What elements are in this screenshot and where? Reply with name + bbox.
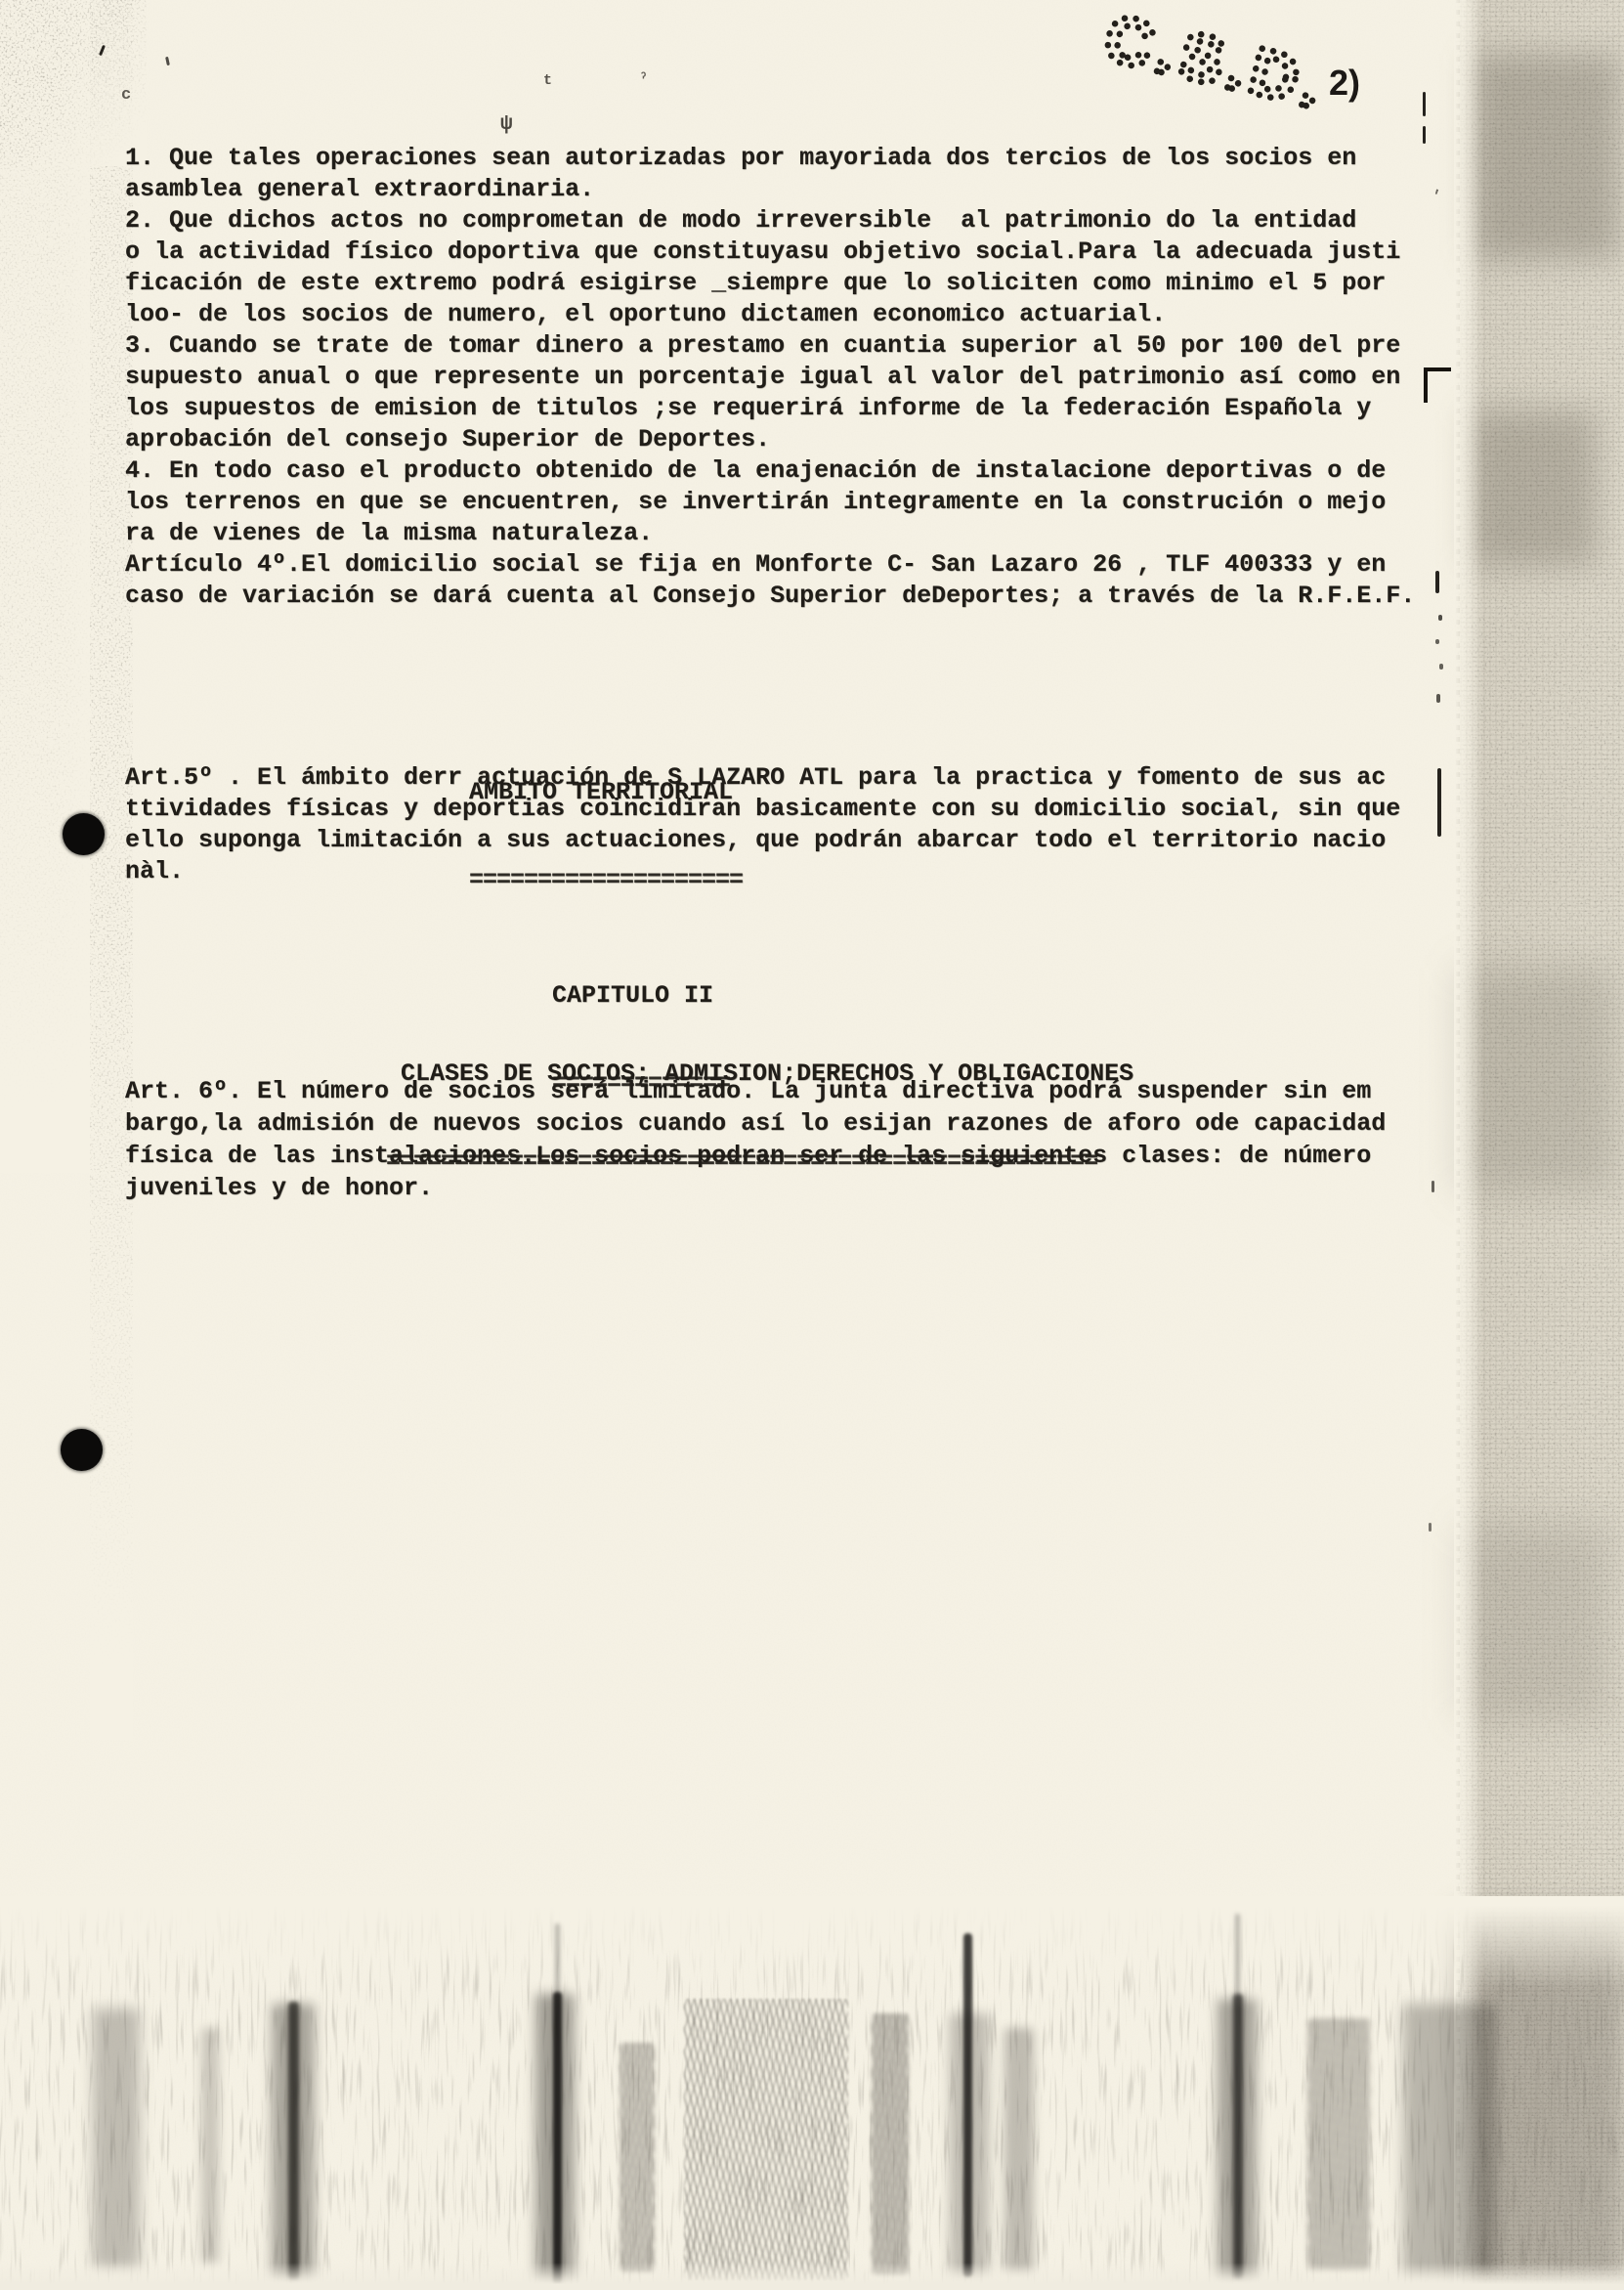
hole-punch-top <box>63 813 105 855</box>
margin-tick <box>1435 571 1439 593</box>
margin-tick <box>1436 694 1440 703</box>
scan-smudge <box>1460 968 1616 1192</box>
streak-bar <box>201 2028 219 2263</box>
streak-bar <box>1307 2018 1370 2270</box>
scan-streaks-bottom <box>0 1896 1624 2290</box>
page-number: 2) <box>1329 63 1360 104</box>
stray-mark: t <box>543 72 552 89</box>
scan-smudge <box>1462 1525 1608 1720</box>
paragraph-1: 1. Que tales operaciones sean autorizada… <box>125 143 1356 205</box>
streak-bar <box>1004 2028 1034 2272</box>
paragraph-4: 4. En todo caso el producto obtenido de … <box>125 455 1386 549</box>
csd-stamp: C.S.D. <box>1087 6 1341 143</box>
margin-bracket-mark <box>1424 367 1451 403</box>
margin-tick <box>1437 768 1441 837</box>
hole-punch-bottom <box>61 1429 103 1471</box>
paragraph-articulo-5: Art.5º . El ámbito derr actuación de S L… <box>125 762 1400 887</box>
scan-noise-left-wide <box>0 0 98 1173</box>
csd-stamp-text: C.S.D. <box>1097 0 1333 123</box>
stray-mark: c <box>121 86 131 105</box>
stray-mark: ˀ <box>639 70 648 87</box>
paragraph-articulo-6: Art. 6º. El número de socios será limita… <box>125 1075 1386 1204</box>
streak-band-wide <box>684 1999 848 2280</box>
paragraph-articulo-4: Artículo 4º.El domicilio social se fija … <box>125 549 1415 612</box>
scan-smudge <box>1470 410 1597 567</box>
streak-bar <box>93 2009 140 2268</box>
streak-bar-core <box>1233 1994 1243 2279</box>
scan-smudge <box>1474 54 1620 259</box>
streak-bar-core <box>963 1933 972 2277</box>
margin-tick <box>1435 639 1439 644</box>
scan-noise-top-left-corner <box>0 0 147 166</box>
scanned-document-page: C.S.D. 2) 1. Que tales operaciones sean … <box>0 0 1624 2290</box>
streak-bar <box>872 2013 909 2275</box>
margin-tick <box>1423 92 1426 116</box>
streak-bar <box>620 2043 655 2272</box>
paragraph-3: 3. Cuando se trate de tomar dinero a pre… <box>125 330 1400 455</box>
margin-tick <box>1432 1181 1434 1192</box>
streak-bar-core <box>553 1992 562 2285</box>
streak-tail <box>1235 1914 1240 1997</box>
streak-bar <box>1403 2004 1496 2277</box>
streak-tail <box>555 1923 560 1997</box>
stray-mark: ψ <box>500 113 513 136</box>
margin-tick <box>1438 615 1442 621</box>
margin-tick <box>1439 664 1443 670</box>
margin-tick <box>1429 1523 1432 1532</box>
paragraph-2: 2. Que dichos actos no comprometan de mo… <box>125 205 1400 330</box>
streak-bar-core <box>288 2002 299 2280</box>
margin-tick <box>1423 126 1426 144</box>
